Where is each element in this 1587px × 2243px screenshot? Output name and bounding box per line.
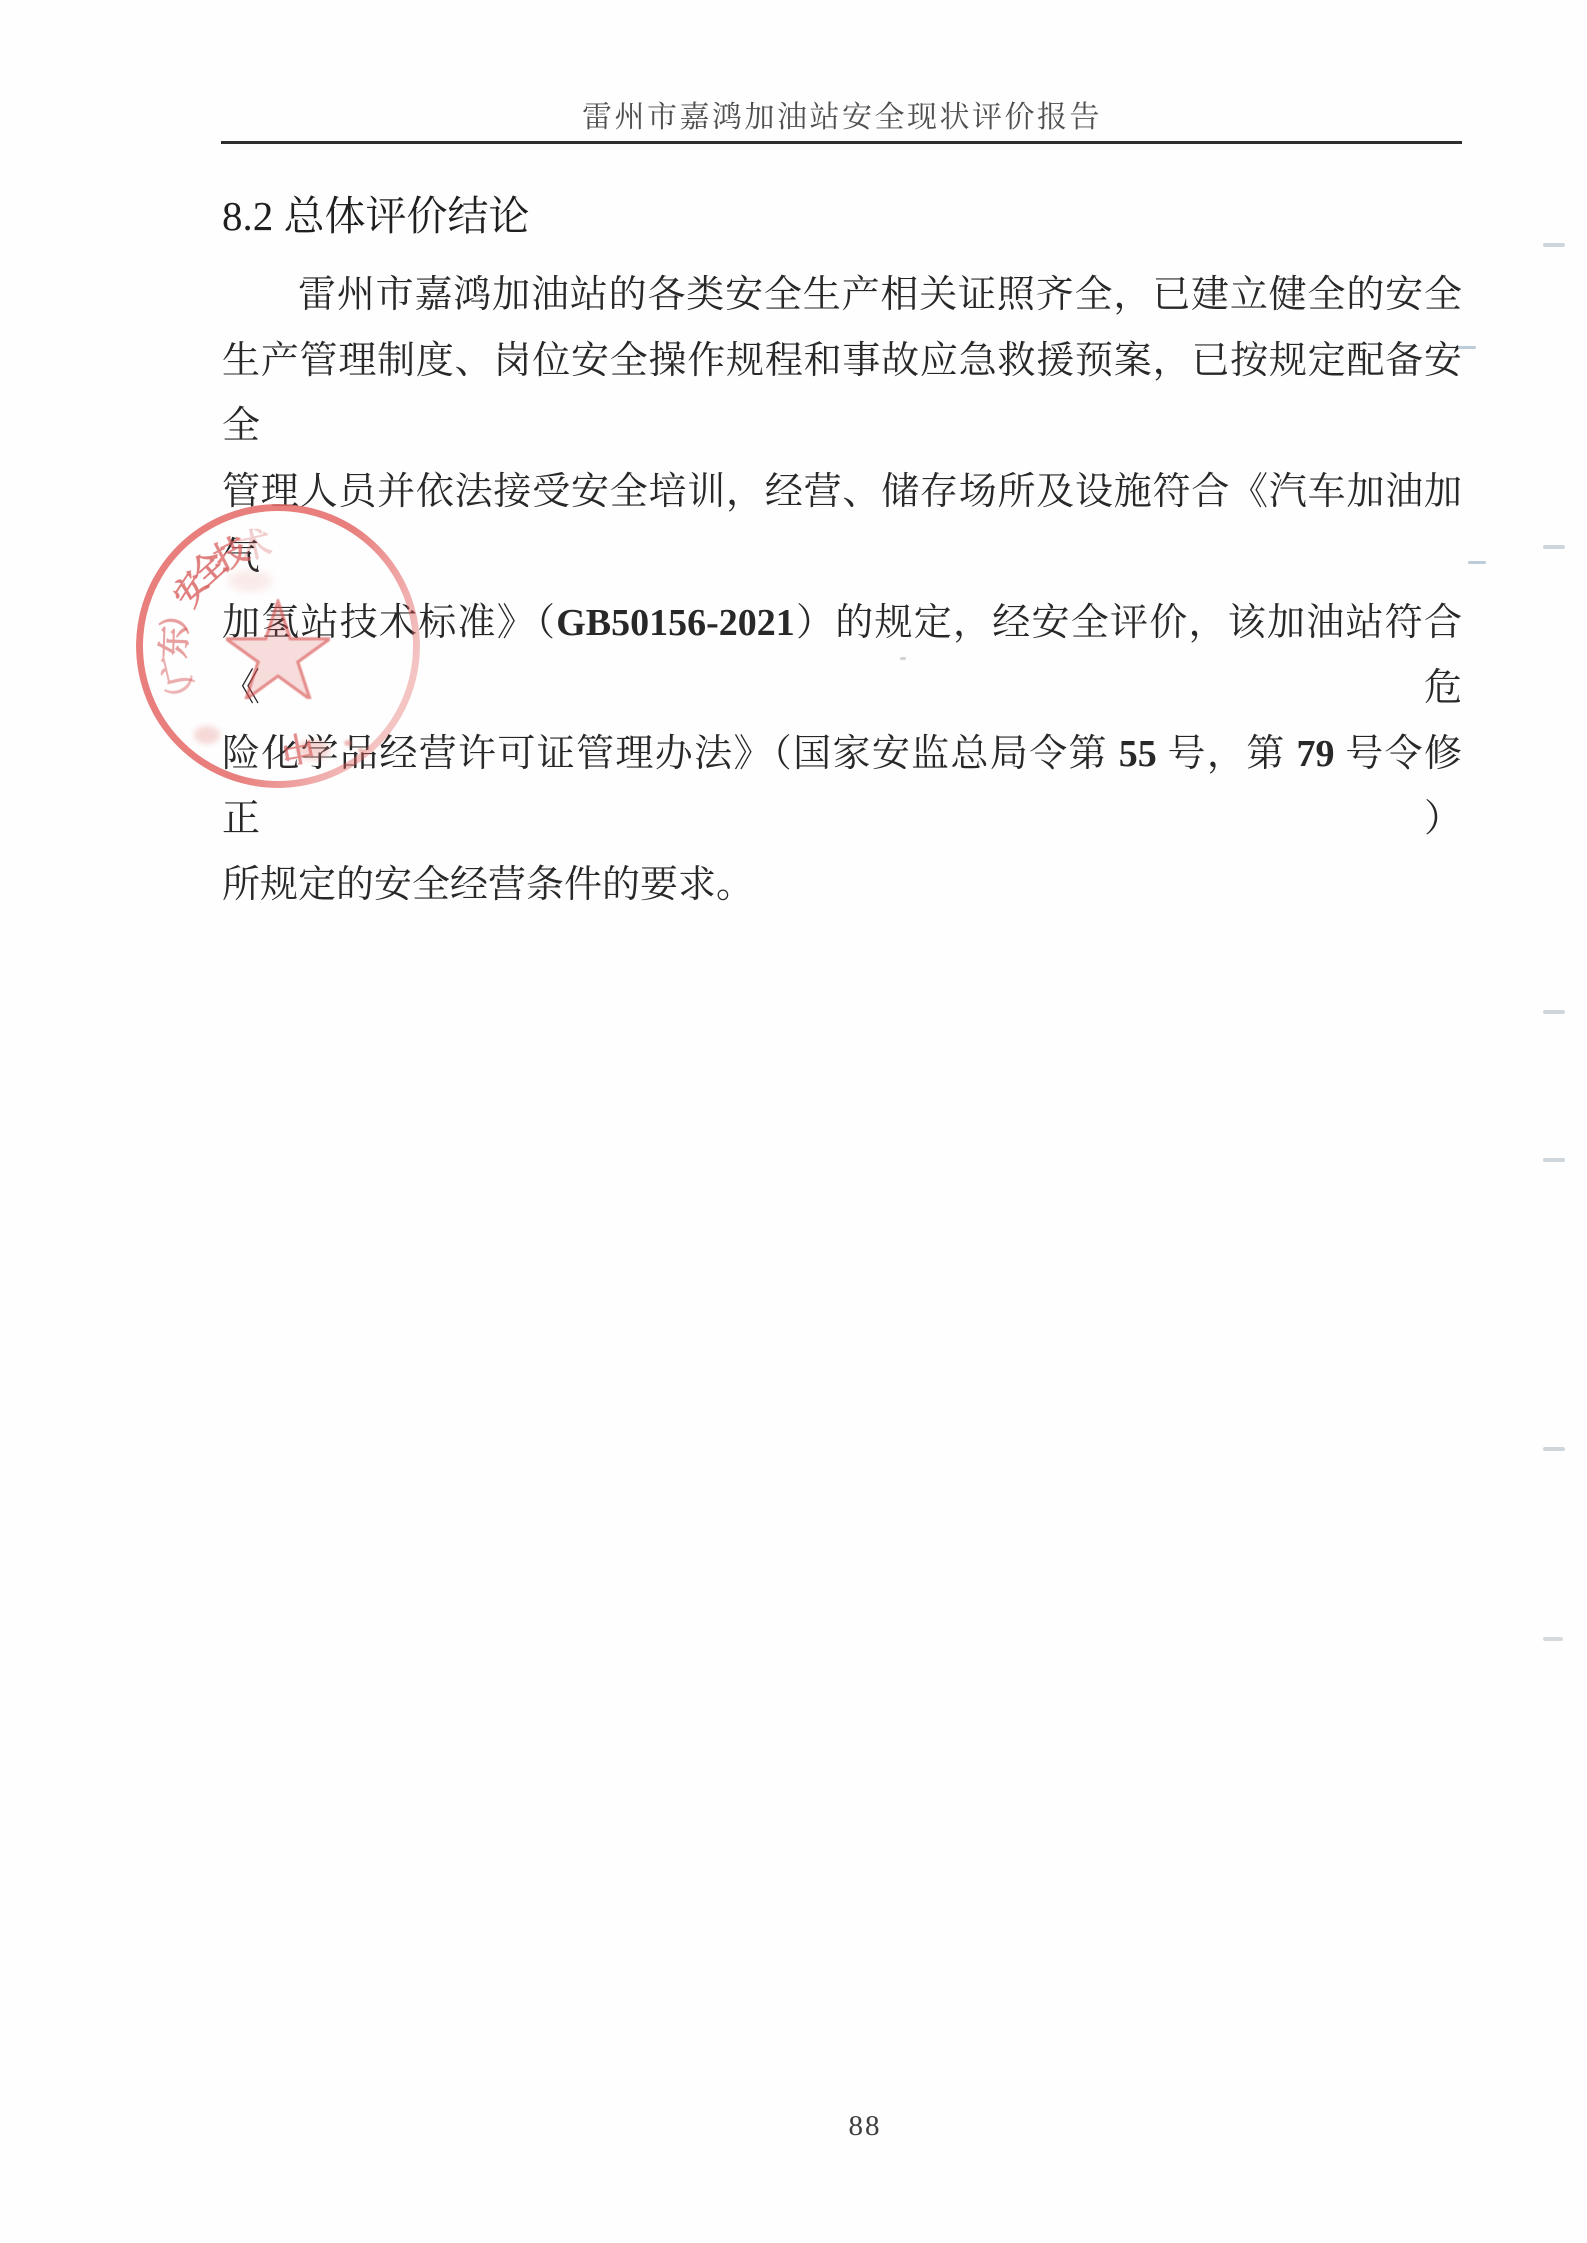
paragraph-line: 险化学品经营许可证管理办法》（国家安监总局令第 55 号，第 79 号令修正）: [222, 722, 1462, 853]
header-rule: [221, 141, 1462, 144]
scan-artifact-dash: [1543, 1447, 1565, 1451]
stamp-character: 东: [148, 625, 196, 660]
stamp-character: 广: [148, 648, 201, 691]
decree-number: 79: [1296, 733, 1334, 775]
page-number: 88: [800, 2110, 930, 2143]
scan-artifact-dash: [1543, 545, 1565, 549]
paragraph-line: 管理人员并依法接受安全培训，经营、储存场所及设施符合《汽车加油加气: [222, 460, 1462, 591]
text-segment: 管理人员并依法接受安全培训，经营、储存场所及设施符合《汽车加油加气: [222, 471, 1462, 579]
paragraph-line: 生产管理制度、岗位安全操作规程和事故应急救援预案，已按规定配备安全: [222, 329, 1462, 460]
text-segment: 险化学品经营许可证管理办法》（国家安监总局令第: [222, 733, 1119, 775]
paragraph-line: 雷州市嘉鸿加油站的各类安全生产相关证照齐全，已建立健全的安全: [222, 263, 1462, 329]
scan-artifact-dash: [1543, 1637, 1563, 1641]
text-segment: 加氢站技术标准》（: [222, 602, 556, 644]
text-segment: 生产管理制度、岗位安全操作规程和事故应急救援预案，已按规定配备安全: [222, 340, 1462, 448]
scan-artifact-dash: [1458, 346, 1476, 349]
running-header-title: 雷州市嘉鸿加油站安全现状评价报告: [222, 92, 1462, 136]
scan-artifact-dash: [1543, 1158, 1565, 1162]
document-page: 雷州市嘉鸿加油站安全现状评价报告 8.2 总体评价结论 雷州市嘉鸿加油站的各类安…: [0, 0, 1587, 2243]
text-segment: 雷州市嘉鸿加油站的各类安全生产相关证照齐全，已建立健全的安全: [298, 274, 1462, 316]
scan-artifact-dash: [1543, 243, 1565, 247]
text-segment: 号，第: [1157, 733, 1297, 775]
paragraph-line: 所规定的安全经营条件的要求。: [222, 853, 1462, 919]
stamp-character: 安: [160, 562, 217, 615]
section-heading: 8.2 总体评价结论: [222, 183, 530, 242]
decree-number: 55: [1119, 733, 1157, 775]
scan-artifact-dash: [1468, 561, 1486, 564]
stamp-character: （: [156, 670, 213, 721]
text-segment: 所规定的安全经营条件的要求。: [222, 864, 754, 906]
body-paragraph: 雷州市嘉鸿加油站的各类安全生产相关证照齐全，已建立健全的安全 生产管理制度、岗位…: [222, 263, 1462, 918]
ink-smudge: [194, 726, 220, 744]
stamp-character: ）: [149, 592, 204, 637]
scan-artifact-dash: [1543, 1010, 1565, 1014]
paragraph-line: 加氢站技术标准》（GB50156-2021）的规定，经安全评价，该加油站符合《危: [222, 591, 1462, 722]
standard-number: GB50156-2021: [556, 602, 795, 644]
scan-artifact-speck: [900, 657, 906, 660]
